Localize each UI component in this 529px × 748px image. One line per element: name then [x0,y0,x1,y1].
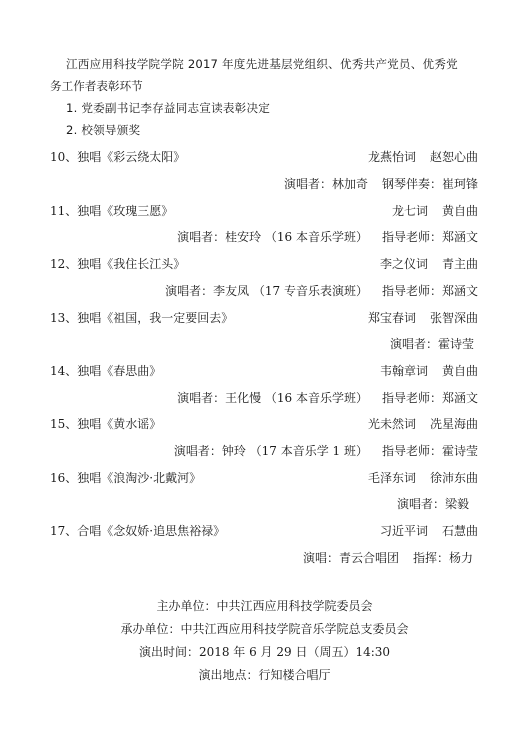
intro-line-1: 江西应用科技学院学院 2017 年度先进基层党组织、优秀共产党员、优秀党 [66,57,458,71]
program-title: 15、独唱《黄水谣》 [50,417,161,431]
lyricist: 龙七词 [392,204,428,218]
program-credits: 毛泽东词徐沛东曲 [368,471,478,485]
composer: 黄自曲 [442,204,478,218]
composer: 赵恕心曲 [430,150,478,164]
host: 承办单位：中共江西应用科技学院音乐学院总支委员会 [0,622,529,636]
lyricist: 郑宝春词 [368,311,416,325]
performer: 演唱：青云合唱团 [303,551,399,565]
program-credits: 龙七词黄自曲 [392,204,478,218]
supervisor: 指挥：杨力 [413,551,473,565]
program-title: 13、独唱《祖国，我一定要回去》 [50,311,233,325]
lyricist: 李之仪词 [380,257,428,271]
program-performers: 演唱者：霍诗莹 [390,337,474,351]
program-performers: 演唱者：林加奇钢琴伴奏：崔珂锋 [284,177,478,191]
program-performers: 演唱者：钟玲 （17 本音乐学 1 班）指导老师：霍诗莹 [174,444,478,458]
program-credits: 龙燕怡词赵恕心曲 [368,150,478,164]
program-title: 16、独唱《浪淘沙·北戴河》 [50,471,201,485]
program-performers: 演唱者：李友凤 （17 专音乐表演班）指导老师：郑涵文 [165,284,478,298]
lyricist: 韦翰章词 [380,364,428,378]
supervisor: 指导老师：霍诗莹 [382,444,478,458]
program-credits: 光未然词冼星海曲 [368,417,478,431]
composer: 徐沛东曲 [430,471,478,485]
program-credits: 习近平词石慧曲 [380,524,478,538]
program-performers: 演唱者：梁毅 [397,497,469,511]
performer: 演唱者：霍诗莹 [390,337,474,351]
performer: 演唱者：桂安玲 （16 本音乐学班） [177,230,368,244]
supervisor: 指导老师：郑涵文 [382,391,478,405]
program-credits: 韦翰章词黄自曲 [380,364,478,378]
composer: 冼星海曲 [430,417,478,431]
performance-venue: 演出地点：行知楼合唱厅 [0,668,529,682]
composer: 石慧曲 [442,524,478,538]
program-title: 12、独唱《我住长江头》 [50,257,185,271]
lyricist: 龙燕怡词 [368,150,416,164]
lyricist: 光未然词 [368,417,416,431]
performer: 演唱者：李友凤 （17 专音乐表演班） [165,284,368,298]
composer: 张智深曲 [430,311,478,325]
program-credits: 李之仪词青主曲 [380,257,478,271]
composer: 黄自曲 [442,364,478,378]
performer: 演唱者：梁毅 [397,497,469,511]
performer: 演唱者：林加奇 [284,177,368,191]
supervisor: 钢琴伴奏：崔珂锋 [382,177,478,191]
lyricist: 毛泽东词 [368,471,416,485]
program-performers: 演唱：青云合唱团指挥：杨力 [303,551,473,565]
organizer: 主办单位：中共江西应用科技学院委员会 [0,599,529,613]
performer: 演唱者：钟玲 （17 本音乐学 1 班） [174,444,368,458]
intro-step-1: 1. 党委副书记李存益同志宣读表彰决定 [66,101,270,115]
intro-line-2: 务工作者表彰环节 [50,79,143,93]
program-credits: 郑宝春词张智深曲 [368,311,478,325]
intro-step-2: 2. 校领导颁奖 [66,123,140,137]
composer: 青主曲 [442,257,478,271]
program-performers: 演唱者：桂安玲 （16 本音乐学班）指导老师：郑涵文 [177,230,478,244]
program-performers: 演唱者：王化慢 （16 本音乐学班）指导老师：郑涵文 [177,391,478,405]
supervisor: 指导老师：郑涵文 [382,230,478,244]
lyricist: 习近平词 [380,524,428,538]
program-title: 14、独唱《春思曲》 [50,364,161,378]
supervisor: 指导老师：郑涵文 [382,284,478,298]
performer: 演唱者：王化慢 （16 本音乐学班） [177,391,368,405]
program-title: 10、独唱《彩云绕太阳》 [50,150,185,164]
program-title: 17、合唱《念奴娇·追思焦裕禄》 [50,524,225,538]
performance-time: 演出时间：2018 年 6 月 29 日（周五）14:30 [0,645,529,659]
program-title: 11、独唱《玫瑰三愿》 [50,204,173,218]
